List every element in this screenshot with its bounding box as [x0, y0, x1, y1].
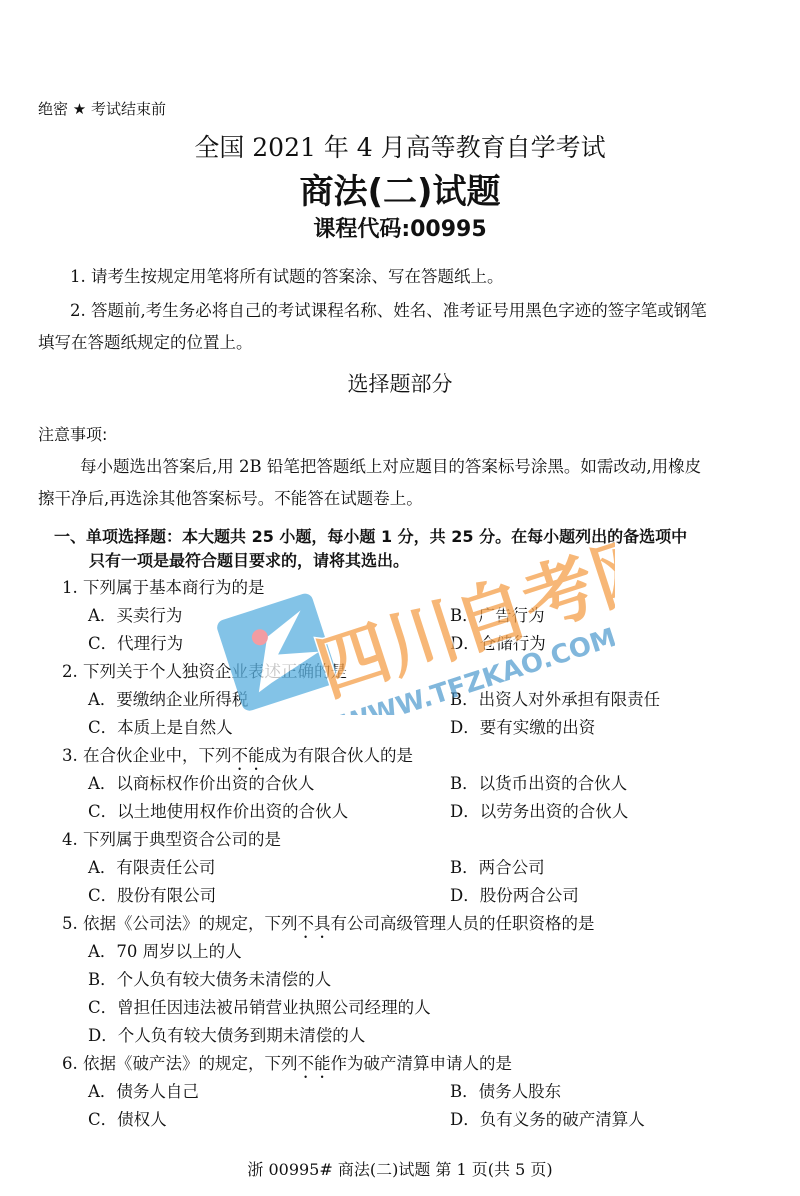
- option-6b: B．债务人股东: [450, 1078, 561, 1102]
- notes-line-1: 每小题选出答案后,用 2B 铅笔把答题纸上对应题目的答案标号涂黑。如需改动,用橡…: [80, 453, 701, 477]
- instruction-2-cont: 填写在答题纸规定的位置上。: [38, 329, 253, 353]
- option-1c: C．代理行为: [88, 630, 183, 654]
- option-3c: C．以土地使用权作价出资的合伙人: [88, 798, 348, 822]
- option-4c: C．股份有限公司: [88, 882, 216, 906]
- option-1d: D．仓储行为: [450, 630, 546, 654]
- emphasis-text: 不能: [298, 1054, 331, 1073]
- option-3d: D．以劳务出资的合伙人: [450, 798, 628, 822]
- exam-title: 全国 2021 年 4 月高等教育自学考试: [0, 128, 800, 164]
- option-5a: A．70 周岁以上的人: [88, 938, 242, 962]
- question-1: 1. 下列属于基本商行为的是: [62, 574, 265, 598]
- option-4d: D．股份两合公司: [450, 882, 579, 906]
- course-code: 课程代码:00995: [0, 212, 800, 243]
- option-2b: B．出资人对外承担有限责任: [450, 686, 660, 710]
- option-5b: B．个人负有较大债务未清偿的人: [88, 966, 331, 990]
- option-6a: A．债务人自己: [88, 1078, 199, 1102]
- part-heading-cont: 只有一项是最符合题目要求的，请将其选出。: [89, 548, 409, 571]
- page-footer: 浙 00995# 商法(二)试题 第 1 页(共 5 页): [0, 1157, 800, 1180]
- option-5c: C．曾担任因违法被吊销营业执照公司经理的人: [88, 994, 431, 1018]
- emphasis-text: 不能: [232, 746, 265, 765]
- option-4b: B．两合公司: [450, 854, 545, 878]
- part-heading: 一、单项选择题：本大题共 25 小题，每小题 1 分，共 25 分。在每小题列出…: [54, 524, 687, 547]
- instruction-2: 2. 答题前,考生务必将自己的考试课程名称、姓名、准考证号用黑色字迹的签字笔或钢…: [70, 297, 707, 321]
- option-3a: A．以商标权作价出资的合伙人: [88, 770, 314, 794]
- instruction-1: 1. 请考生按规定用笔将所有试题的答案涂、写在答题纸上。: [70, 263, 504, 287]
- subject-title: 商法(二)试题: [0, 164, 800, 213]
- option-3b: B．以货币出资的合伙人: [450, 770, 627, 794]
- option-1a: A．买卖行为: [88, 602, 182, 626]
- option-4a: A．有限责任公司: [88, 854, 215, 878]
- question-4: 4. 下列属于典型资合公司的是: [62, 826, 281, 850]
- notes-line-2: 擦干净后,再选涂其他答案标号。不能答在试题卷上。: [38, 485, 423, 509]
- option-2a: A．要缴纳企业所得税: [88, 686, 248, 710]
- confidential-label: 绝密 ★ 考试结束前: [38, 98, 166, 119]
- option-5d: D．个人负有较大债务到期未清偿的人: [88, 1022, 365, 1046]
- option-1b: B．广告行为: [450, 602, 545, 626]
- section-title: 选择题部分: [0, 368, 800, 398]
- option-6c: C．债权人: [88, 1106, 167, 1130]
- option-2c: C．本质上是自然人: [88, 714, 233, 738]
- option-6d: D．负有义务的破产清算人: [450, 1106, 645, 1130]
- notes-label: 注意事项:: [38, 422, 107, 445]
- option-2d: D．要有实缴的出资: [450, 714, 595, 738]
- emphasis-text: 不具: [298, 914, 331, 933]
- question-2: 2. 下列关于个人独资企业表述正确的是: [62, 658, 347, 682]
